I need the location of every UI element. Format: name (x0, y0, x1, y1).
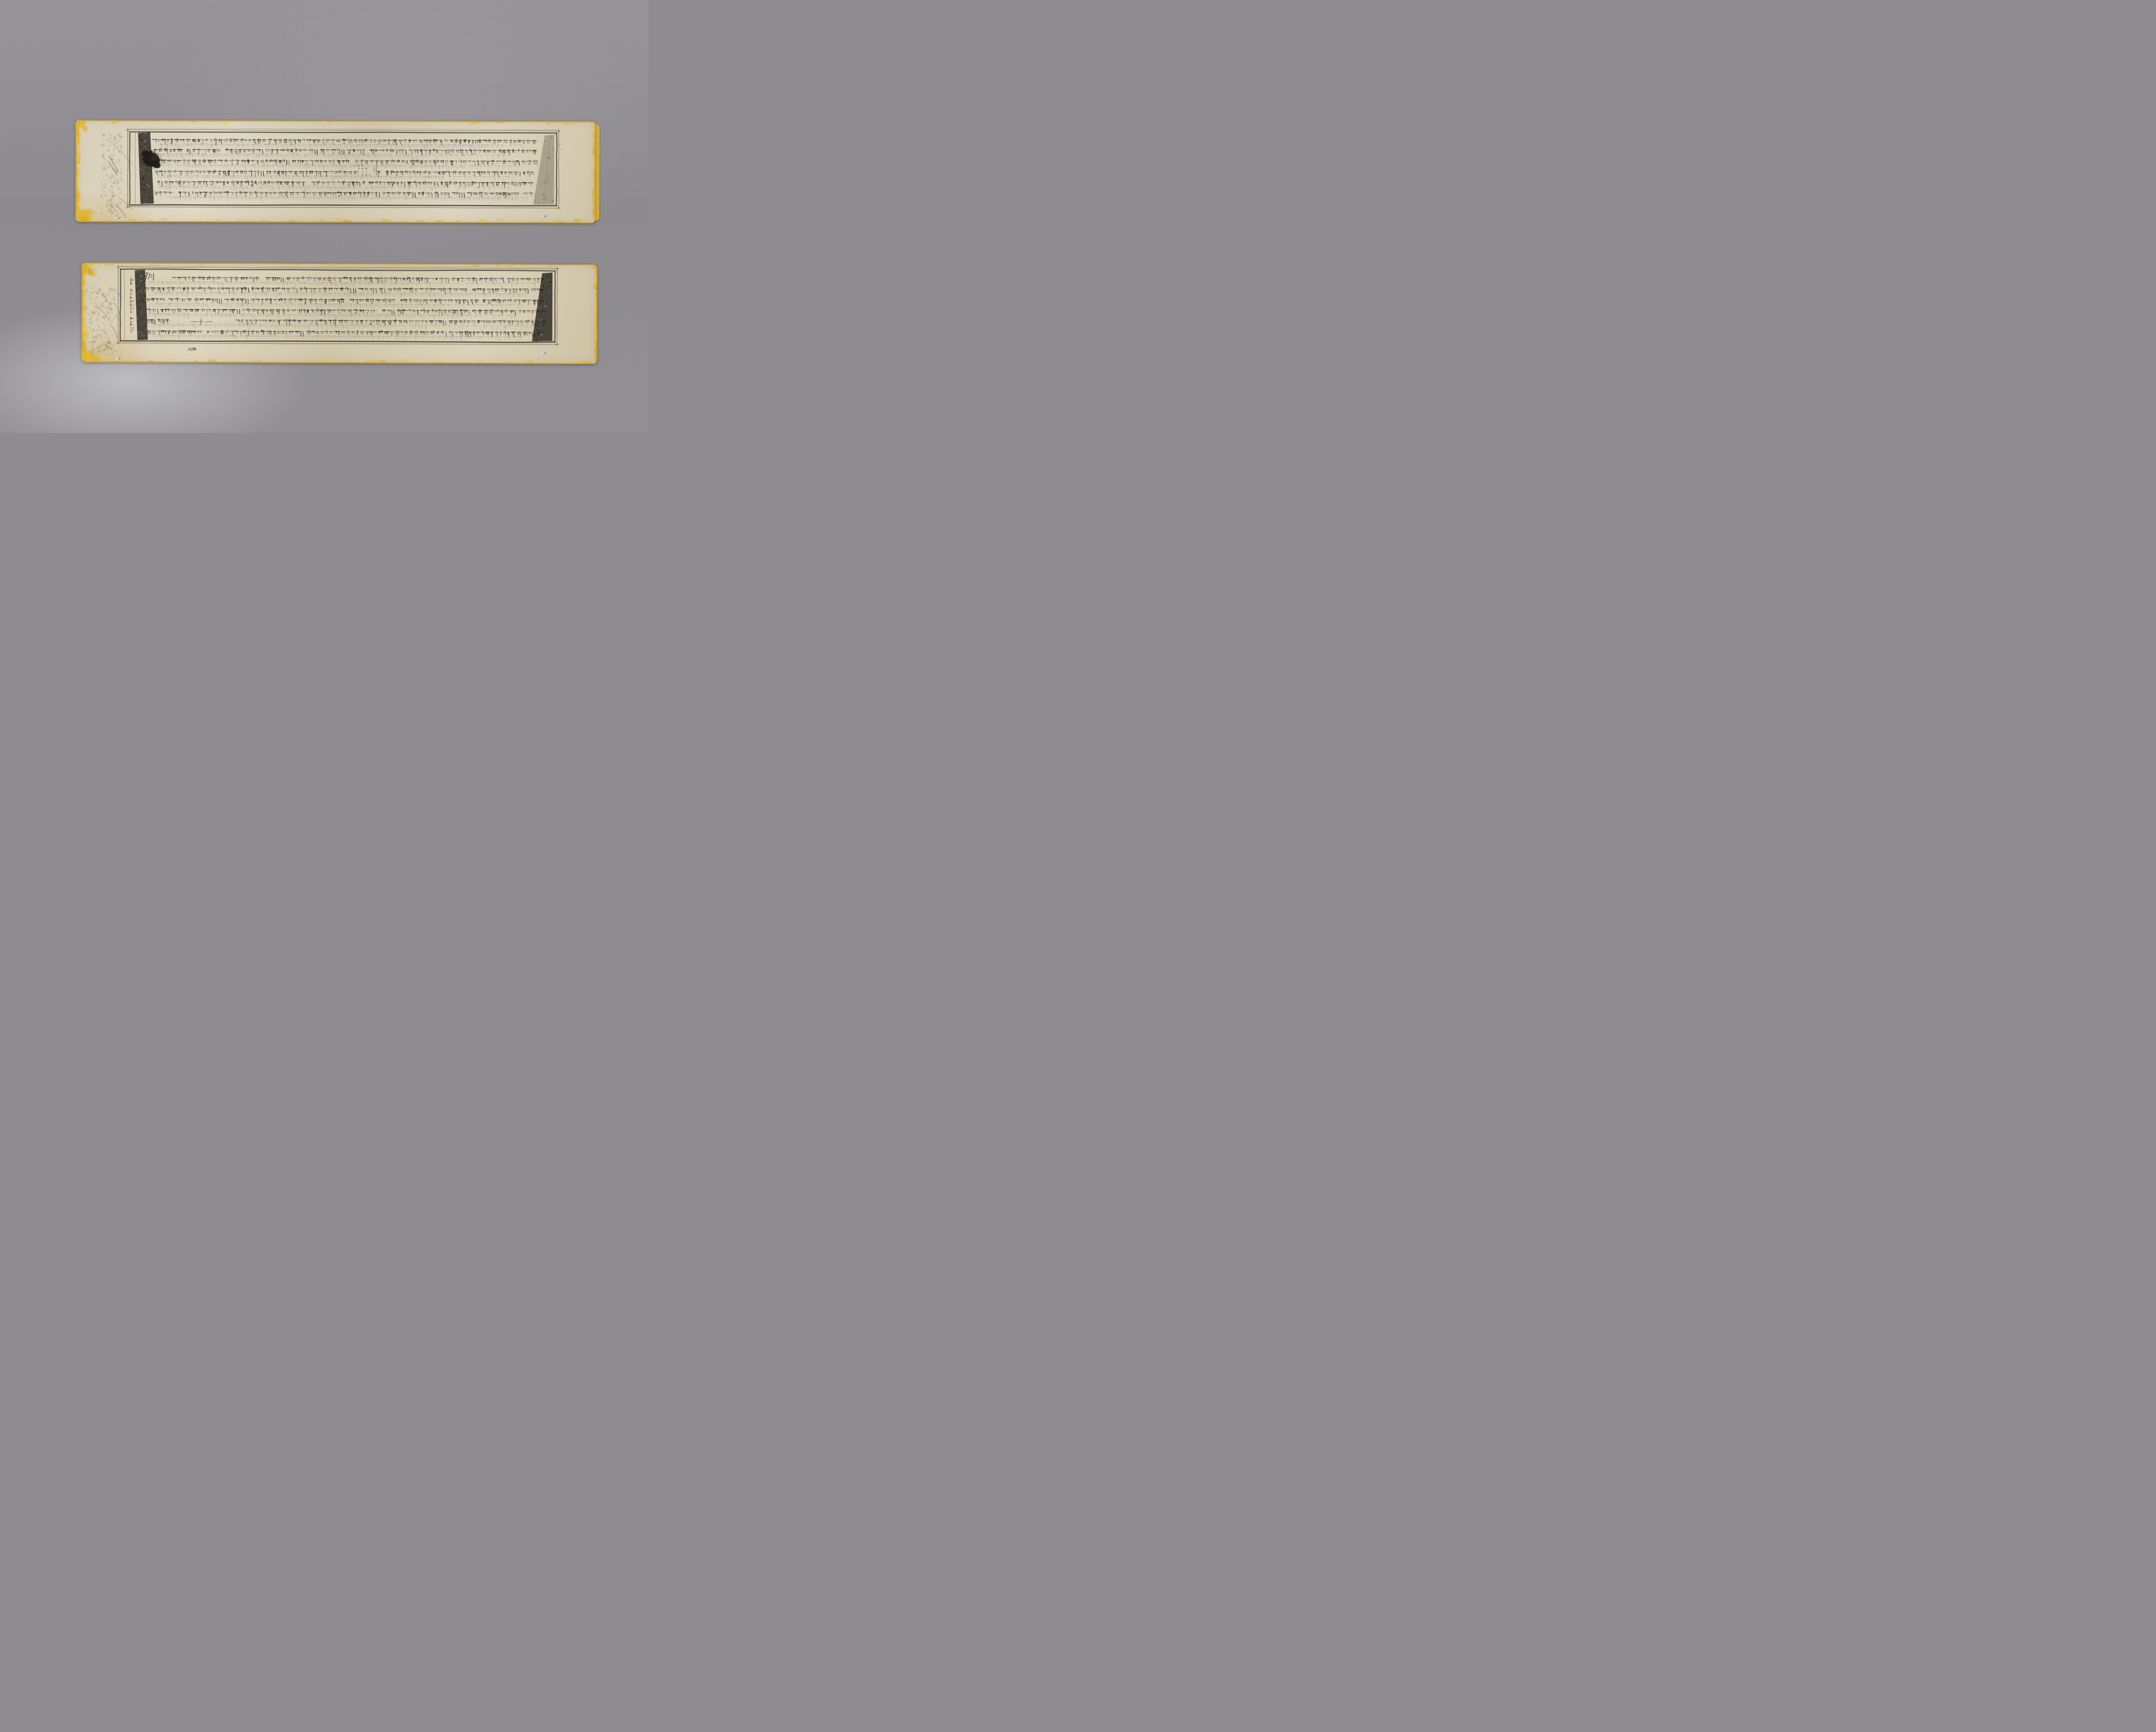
photo-backdrop (0, 0, 649, 433)
bottom-folio (81, 263, 598, 364)
top-folio (75, 120, 596, 223)
top-folio-print-canvas (75, 120, 596, 223)
bottom-folio-print-canvas (81, 263, 598, 364)
